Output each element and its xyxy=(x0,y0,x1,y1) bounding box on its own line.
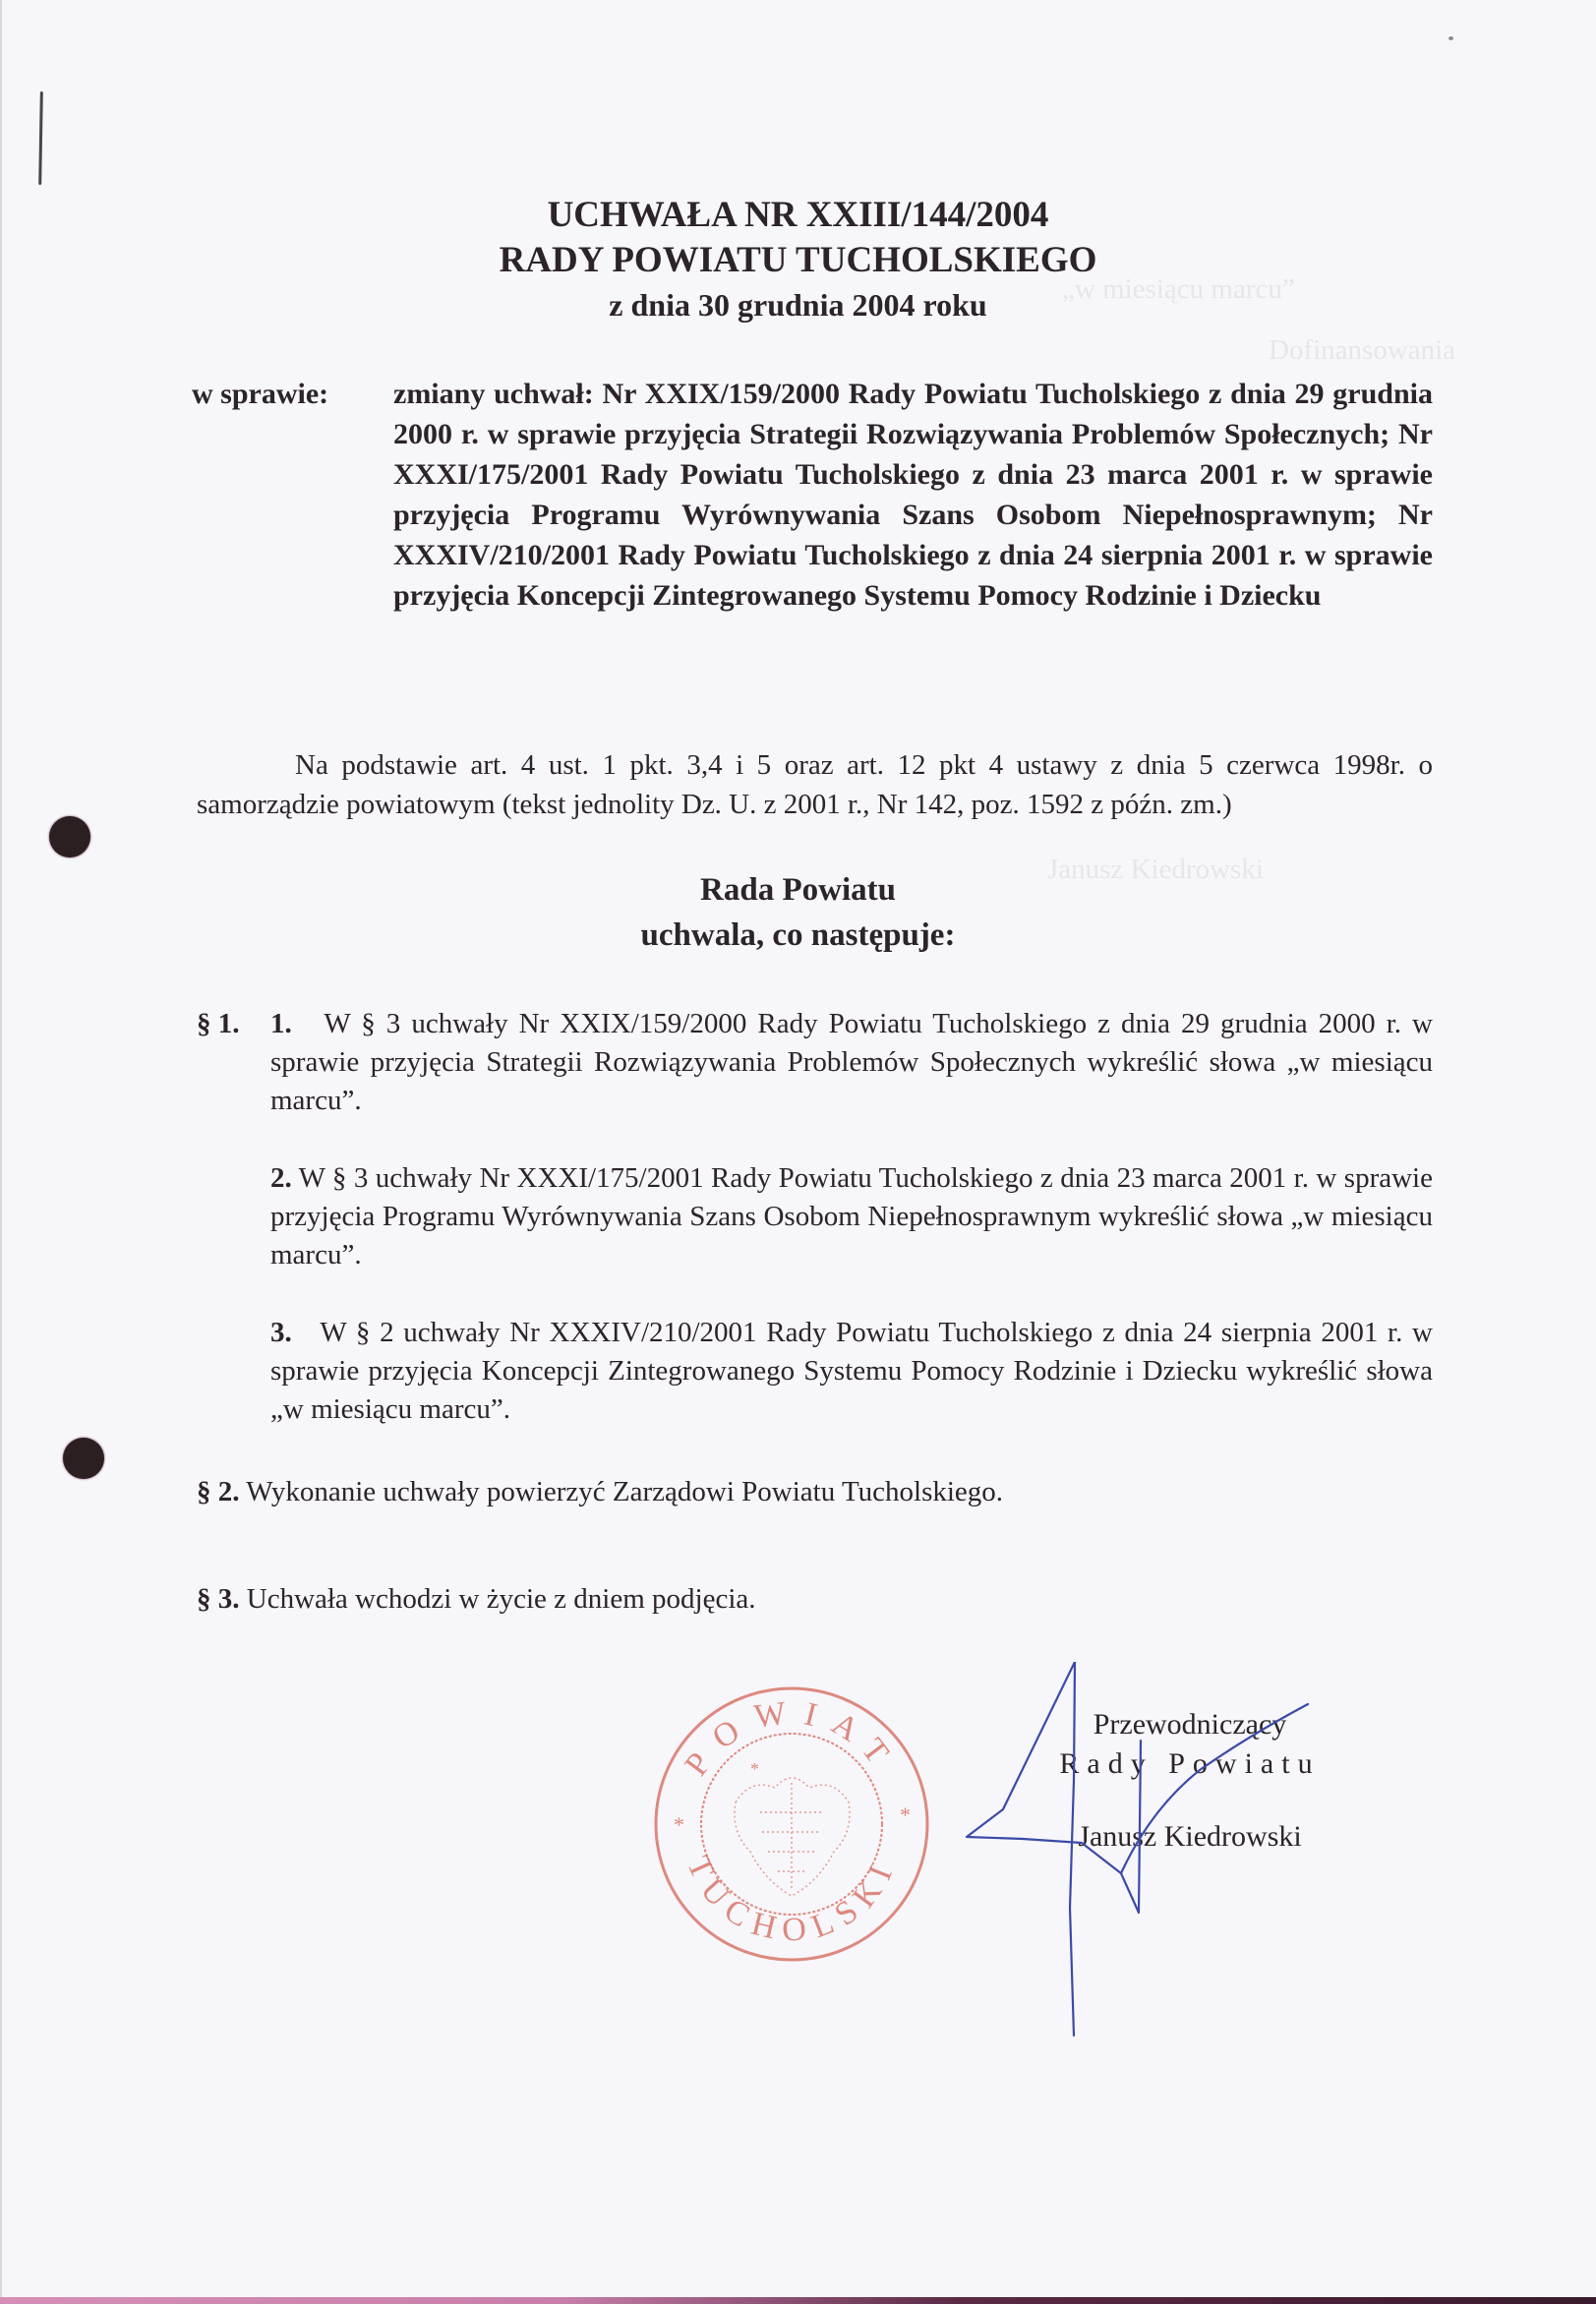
council-resolves: uchwala, co następuje: xyxy=(0,913,1596,958)
item-text: W § 3 uchwały Nr XXXI/175/2001 Rady Powi… xyxy=(270,1162,1433,1270)
resolution-number: UCHWAŁA NR XXIII/144/2004 xyxy=(0,193,1596,238)
section-1-item-1: 1. W § 3 uchwały Nr XXIX/159/2000 Rady P… xyxy=(270,1005,1433,1120)
section-text: Wykonanie uchwały powierzyć Zarządowi Po… xyxy=(246,1476,1003,1507)
punch-hole-icon xyxy=(63,1438,104,1479)
item-text: W § 3 uchwały Nr XXIX/159/2000 Rady Powi… xyxy=(270,1008,1433,1116)
handwritten-signature-icon xyxy=(964,1662,1357,2055)
section-mark: § 2. xyxy=(197,1476,240,1507)
item-number: 3. xyxy=(270,1317,292,1348)
svg-text:*: * xyxy=(674,1812,684,1837)
section-1-item-2: 2. W § 3 uchwały Nr XXXI/175/2001 Rady P… xyxy=(270,1159,1433,1274)
svg-text:*: * xyxy=(750,1759,759,1779)
scan-edge-bottom xyxy=(0,2297,1596,2304)
item-number: 2. xyxy=(270,1162,292,1194)
resolution-header: UCHWAŁA NR XXIII/144/2004 RADY POWIATU T… xyxy=(0,193,1596,326)
section-text: Uchwała wchodzi w życie z dniem podjęcia… xyxy=(247,1583,756,1615)
resolution-date: z dnia 30 grudnia 2004 roku xyxy=(0,283,1596,326)
svg-text:POWIAT: POWIAT xyxy=(678,1693,905,1783)
item-number: 1. xyxy=(270,1008,292,1039)
resolution-subject: w sprawie: zmiany uchwał: Nr XXIX/159/20… xyxy=(192,374,1433,616)
section-mark: § 3. xyxy=(197,1583,240,1615)
svg-text:*: * xyxy=(900,1802,911,1827)
subject-text: zmiany uchwał: Nr XXIX/159/2000 Rady Pow… xyxy=(393,374,1433,616)
item-text: W § 2 uchwały Nr XXXIV/210/2001 Rady Pow… xyxy=(270,1317,1433,1425)
legal-basis: Na podstawie art. 4 ust. 1 pkt. 3,4 i 5 … xyxy=(197,745,1433,824)
margin-mark xyxy=(38,91,43,185)
scan-edge-left xyxy=(0,0,2,2304)
bleed-through-text: Dofinansowania xyxy=(1269,334,1455,367)
subject-label: w sprawie: xyxy=(192,374,328,414)
section-3: § 3. Uchwała wchodzi w życie z dniem pod… xyxy=(197,1580,1433,1619)
issuing-body: RADY POWIATU TUCHOLSKIEGO xyxy=(0,238,1596,283)
section-2: § 2. Wykonanie uchwały powierzyć Zarządo… xyxy=(197,1473,1433,1511)
section-mark: § 1. xyxy=(197,1005,240,1043)
council-statement: Rada Powiatu uchwala, co następuje: xyxy=(0,867,1596,958)
section-1-item-3: 3. W § 2 uchwały Nr XXXIV/210/2001 Rady … xyxy=(270,1314,1433,1429)
scan-speck xyxy=(1448,36,1453,40)
punch-hole-icon xyxy=(49,816,90,857)
section-1: § 1. 1. W § 3 uchwały Nr XXIX/159/2000 R… xyxy=(197,1005,1433,1429)
council-name: Rada Powiatu xyxy=(0,867,1596,913)
official-stamp-icon: POWIAT TUCHOLSKI * * * xyxy=(652,1684,931,1964)
